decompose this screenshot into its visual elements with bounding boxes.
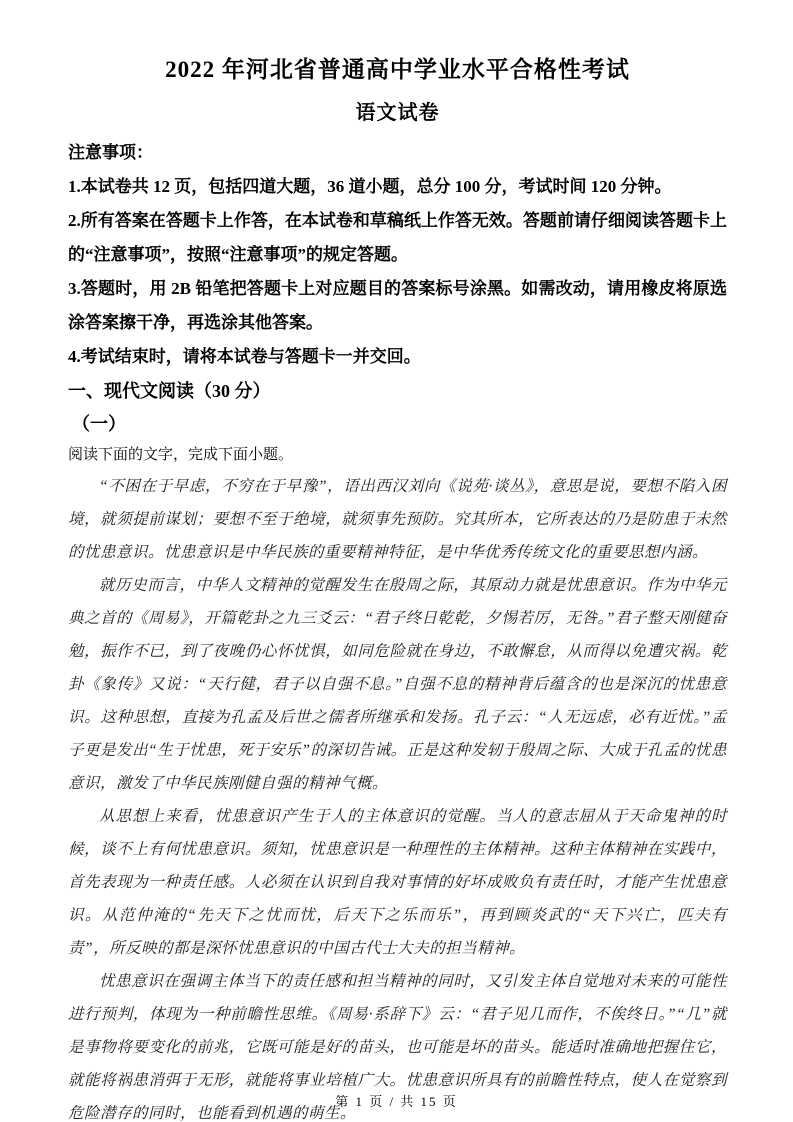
notice-item-2: 2.所有答案在答题卡上作答，在本试卷和草稿纸上作答无效。答题前请仔细阅读答题卡上…: [68, 204, 727, 272]
passage-paragraph-3: 从思想上来看，忧患意识产生于人的主体意识的觉醒。当人的意志屈从于天命鬼神的时候，…: [68, 800, 727, 965]
exam-title: 2022 年河北省普通高中学业水平合格性考试: [68, 54, 727, 86]
exam-paper-page: 2022 年河北省普通高中学业水平合格性考试 语文试卷 注意事项： 1.本试卷共…: [0, 0, 793, 1122]
passage-paragraph-1: “不困在于早虑，不穷在于早豫”，语出西汉刘向《说苑·谈丛》，意思是说，要想不陷入…: [68, 470, 727, 569]
notice-item-3: 3.答题时，用 2B 铅笔把答题卡上对应题目的答案标号涂黑。如需改动，请用橡皮将…: [68, 272, 727, 340]
exam-subtitle: 语文试卷: [68, 98, 727, 128]
notice-item-1: 1.本试卷共 12 页，包括四道大题，36 道小题，总分 100 分，考试时间 …: [68, 170, 727, 204]
passage-paragraph-2: 就历史而言，中华人文精神的觉醒发生在殷周之际，其原动力就是忧患意识。作为中华元典…: [68, 569, 727, 800]
section-part-label: （一）: [68, 408, 727, 440]
section-heading-modern-reading: 一、现代文阅读（30 分）: [68, 374, 727, 408]
passage-instruction: 阅读下面的文字，完成下面小题。: [68, 440, 727, 470]
notice-item-4: 4.考试结束时，请将本试卷与答题卡一并交回。: [68, 340, 727, 374]
notice-heading: 注意事项：: [68, 136, 727, 170]
page-number-footer: 第 1 页 / 共 15 页: [0, 1091, 793, 1110]
